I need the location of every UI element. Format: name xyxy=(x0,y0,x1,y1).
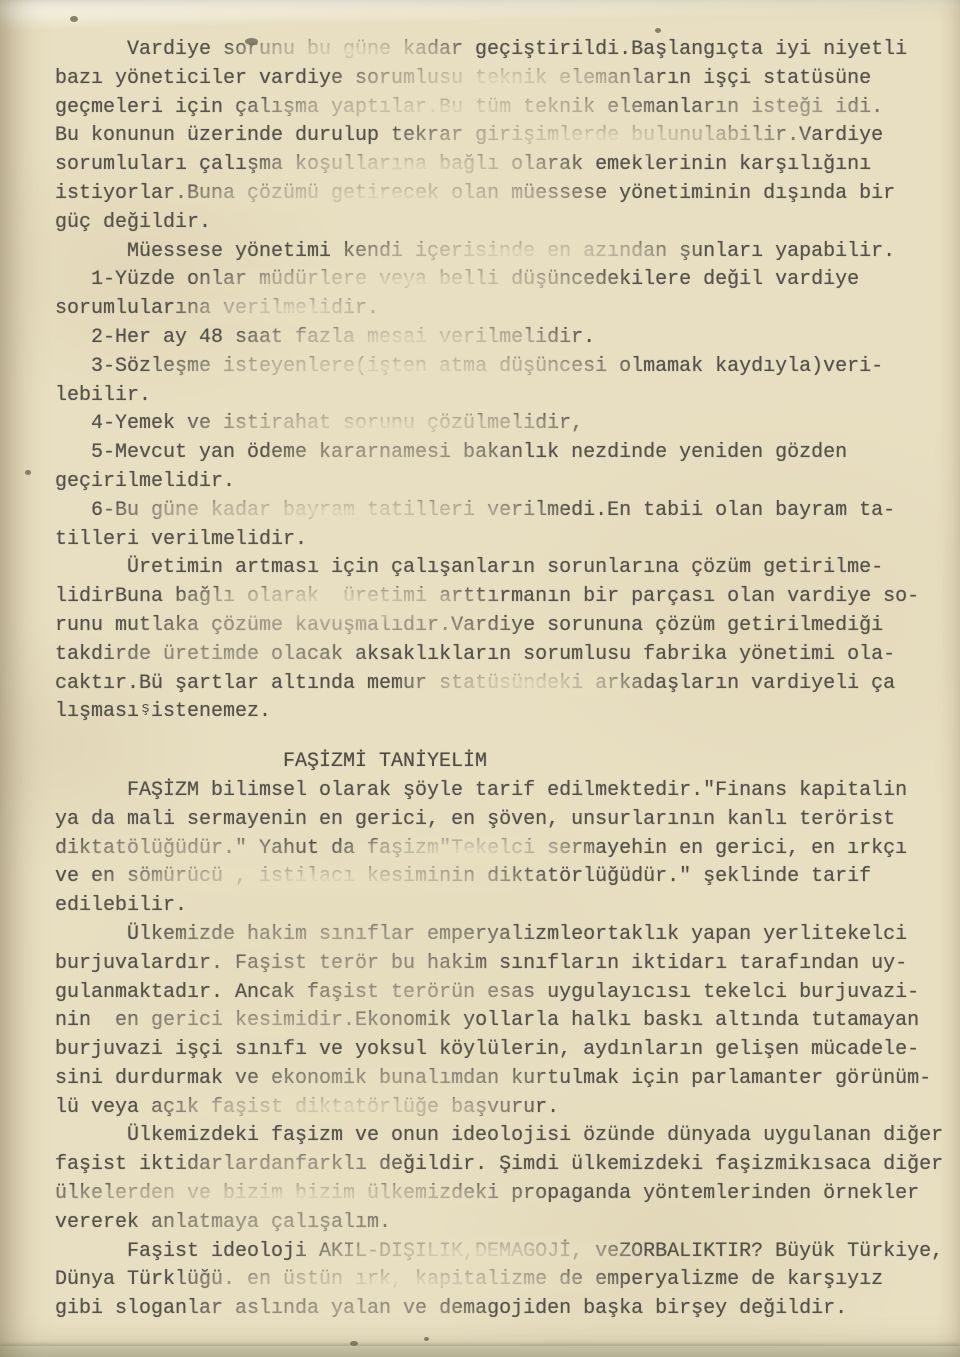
text-line: burjuvazi işçi sınıfı ve yoksul köylüler… xyxy=(55,1036,950,1065)
scan-bottom-edge xyxy=(0,1346,960,1357)
text-line: ya da mali sermayenin en gerici, en şöve… xyxy=(55,806,950,835)
text-line: sini durdurmak ve ekonomik bunalımdan ku… xyxy=(55,1065,950,1094)
text-line: geçmeleri için çalışma yaptılar.Bu tüm t… xyxy=(55,94,950,123)
text-line: 2-Her ay 48 saat fazla mesai verilmelidi… xyxy=(55,324,950,353)
text-line: Ülkemizde hakim sınıflar emperyalizmleor… xyxy=(55,921,950,950)
text-line: Bu konunun üzerinde durulup tekrar giriş… xyxy=(55,122,950,151)
paper-speck xyxy=(25,470,31,475)
text-line: istiyorlar.Buna çözümü getirecek olan mü… xyxy=(55,180,950,209)
text-line: geçirilmelidir. xyxy=(55,468,950,497)
document-text: Vardiye sorunu bu güne kadar geçiştirild… xyxy=(55,36,950,1324)
text-line: Dünya Türklüğü. en üstün ırk, kapitalizm… xyxy=(55,1266,950,1295)
text-line: ülkelerden ve bizim bizim ülkemizdeki pr… xyxy=(55,1180,950,1209)
text-line: Ülkemizdeki faşizm ve onun ideolojisi öz… xyxy=(55,1122,950,1151)
text-line: Müessese yönetimi kendi içerisinde en az… xyxy=(55,238,950,267)
text-line: caktır.Bü şartlar altında memur statüsün… xyxy=(55,670,950,699)
scanned-document-page: Vardiye sorunu bu güne kadar geçiştirild… xyxy=(0,0,960,1357)
text-line: edilebilir. xyxy=(55,892,950,921)
text-line: sorumluları çalışma koşullarına bağlı ol… xyxy=(55,151,950,180)
paper-speck xyxy=(245,38,258,45)
text-line xyxy=(55,727,950,748)
text-line: lışması istenemez. xyxy=(55,698,950,727)
text-line: lebilir. xyxy=(55,382,950,411)
text-line: güç değildir. xyxy=(55,209,950,238)
text-line: vererek anlatmaya çalışalım. xyxy=(55,1209,950,1238)
text-line: runu mutlaka çözüme kavuşmalıdır.Vardiye… xyxy=(55,612,950,641)
paper-speck xyxy=(655,28,661,33)
text-line: 5-Mevcut yan ödeme kararnamesi bakanlık … xyxy=(55,439,950,468)
text-line: Faşist ideoloji AKIL-DIŞILIK,DEMAGOJİ, v… xyxy=(55,1238,950,1267)
section-heading: FAŞİZMİ TANİYELİM xyxy=(55,748,950,777)
text-line: gulanmaktadır. Ancak faşist terörün esas… xyxy=(55,979,950,1008)
text-line: lidirBuna bağlı olarak üretimi arttırman… xyxy=(55,583,950,612)
text-line: bazı yöneticiler vardiye sorumlusu tekni… xyxy=(55,65,950,94)
text-line: 3-Sözleşme isteyenlere(işten atma düşünc… xyxy=(55,353,950,382)
text-line: tilleri verilmelidir. xyxy=(55,526,950,555)
text-line: takdirde üretimde olacak aksaklıkların s… xyxy=(55,641,950,670)
text-line: diktatölüğüdür." Yahut da faşizm"Tekelci… xyxy=(55,835,950,864)
paper-speck xyxy=(70,16,78,22)
text-line: lü veya açık faşist diktatörlüğe başvuru… xyxy=(55,1094,950,1123)
text-line: burjuvalardır. Faşist terör bu hakim sın… xyxy=(55,950,950,979)
text-line: faşist iktidarlardanfarklı değildir. Şim… xyxy=(55,1151,950,1180)
text-line: 6-Bu güne kadar bayram tatilleri verilme… xyxy=(55,497,950,526)
text-line: Üretimin artması için çalışanların sorun… xyxy=(55,554,950,583)
text-line: ve en sömürücü , istilacı kesiminin dikt… xyxy=(55,863,950,892)
paper-speck xyxy=(424,1337,429,1341)
text-line: gibi sloganlar aslında yalan ve demagoji… xyxy=(55,1295,950,1324)
scan-top-edge xyxy=(0,0,960,32)
text-line: 1-Yüzde onlar müdürlere veya belli düşün… xyxy=(55,266,950,295)
text-line: sorumlularına verilmelidir. xyxy=(55,295,950,324)
text-line: Vardiye sorunu bu güne kadar geçiştirild… xyxy=(55,36,950,65)
typo-correction-mark: ş xyxy=(141,700,150,717)
text-line: nin en gerici kesimidir.Ekonomik yollarl… xyxy=(55,1007,950,1036)
text-line: 4-Yemek ve istirahat sorunu çözülmelidir… xyxy=(55,410,950,439)
text-line: FAŞİZM bilimsel olarak şöyle tarif edilm… xyxy=(55,777,950,806)
